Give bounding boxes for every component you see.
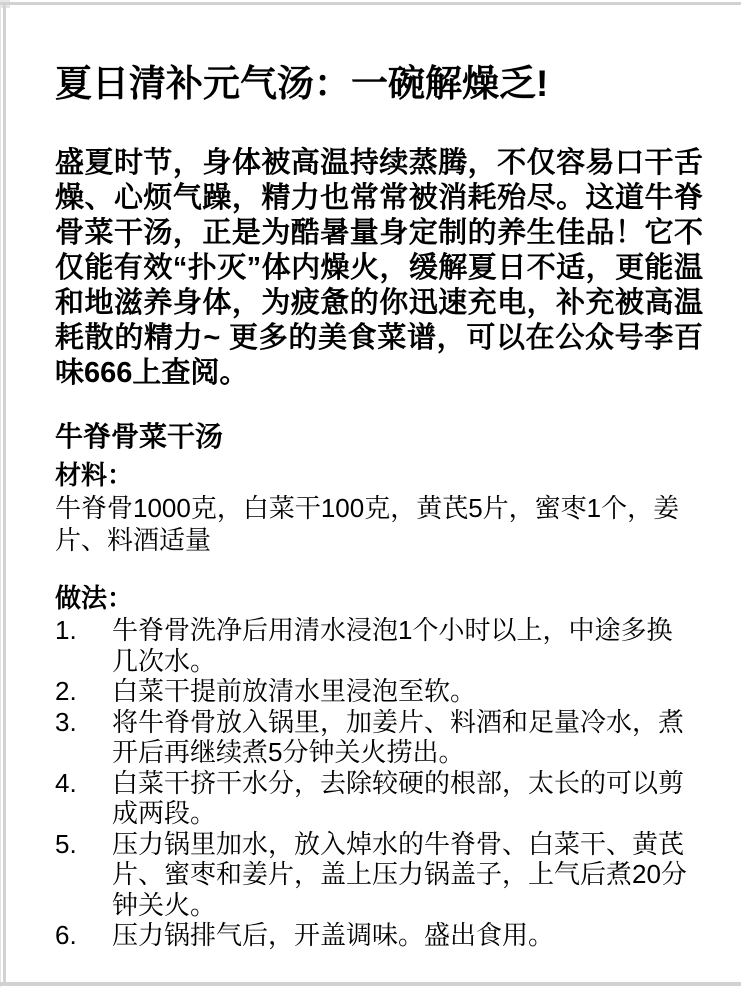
method-step: 4. 白菜干挤干水分，去除较硬的根部，太长的可以剪成两段。: [55, 768, 692, 829]
page-edge-left: [3, 2, 6, 985]
method-label: 做法：: [55, 583, 133, 613]
recipe-title: 牛脊骨菜干汤: [55, 421, 223, 453]
page-edge-outer-left: [0, 0, 1, 987]
step-number: 5.: [55, 829, 112, 860]
method-steps: 1. 牛脊骨洗净后用清水浸泡1个小时以上，中途多换几次水。 2. 白菜干提前放清…: [55, 615, 692, 951]
method-step: 1. 牛脊骨洗净后用清水浸泡1个小时以上，中途多换几次水。: [55, 615, 692, 676]
step-text: 压力锅里加水，放入焯水的牛脊骨、白菜干、黄芪片、蜜枣和姜片，盖上压力锅盖子，上气…: [112, 829, 692, 921]
step-text: 压力锅排气后，开盖调味。盛出食用。: [112, 920, 692, 951]
step-number: 4.: [55, 768, 112, 799]
step-number: 1.: [55, 615, 112, 646]
method-step: 2. 白菜干提前放清水里浸泡至软。: [55, 676, 692, 707]
page-edge-bottom: [0, 982, 741, 986]
article-title: 夏日清补元气汤：一碗解燥乏!: [55, 63, 548, 105]
step-text: 白菜干挤干水分，去除较硬的根部，太长的可以剪成两段。: [112, 768, 692, 829]
step-number: 3.: [55, 707, 112, 738]
method-step: 5. 压力锅里加水，放入焯水的牛脊骨、白菜干、黄芪片、蜜枣和姜片，盖上压力锅盖子…: [55, 829, 692, 921]
step-number: 6.: [55, 920, 112, 951]
step-number: 2.: [55, 676, 112, 707]
step-text: 将牛脊骨放入锅里，加姜片、料酒和足量冷水，煮开后再继续煮5分钟关火捞出。: [112, 707, 692, 768]
step-text: 白菜干提前放清水里浸泡至软。: [112, 676, 692, 707]
ingredients-text: 牛脊骨1000克，白菜干100克，黄芪5片，蜜枣1个，姜片、料酒适量: [55, 492, 710, 556]
page-edge-top: [0, 2, 741, 5]
ingredients-label: 材料：: [55, 460, 133, 490]
method-step: 3. 将牛脊骨放入锅里，加姜片、料酒和足量冷水，煮开后再继续煮5分钟关火捞出。: [55, 707, 692, 768]
intro-paragraph: 盛夏时节，身体被高温持续蒸腾，不仅容易口干舌燥、心烦气躁，精力也常常被消耗殆尽。…: [55, 146, 703, 391]
method-step: 6. 压力锅排气后，开盖调味。盛出食用。: [55, 920, 692, 951]
step-text: 牛脊骨洗净后用清水浸泡1个小时以上，中途多换几次水。: [112, 615, 692, 676]
